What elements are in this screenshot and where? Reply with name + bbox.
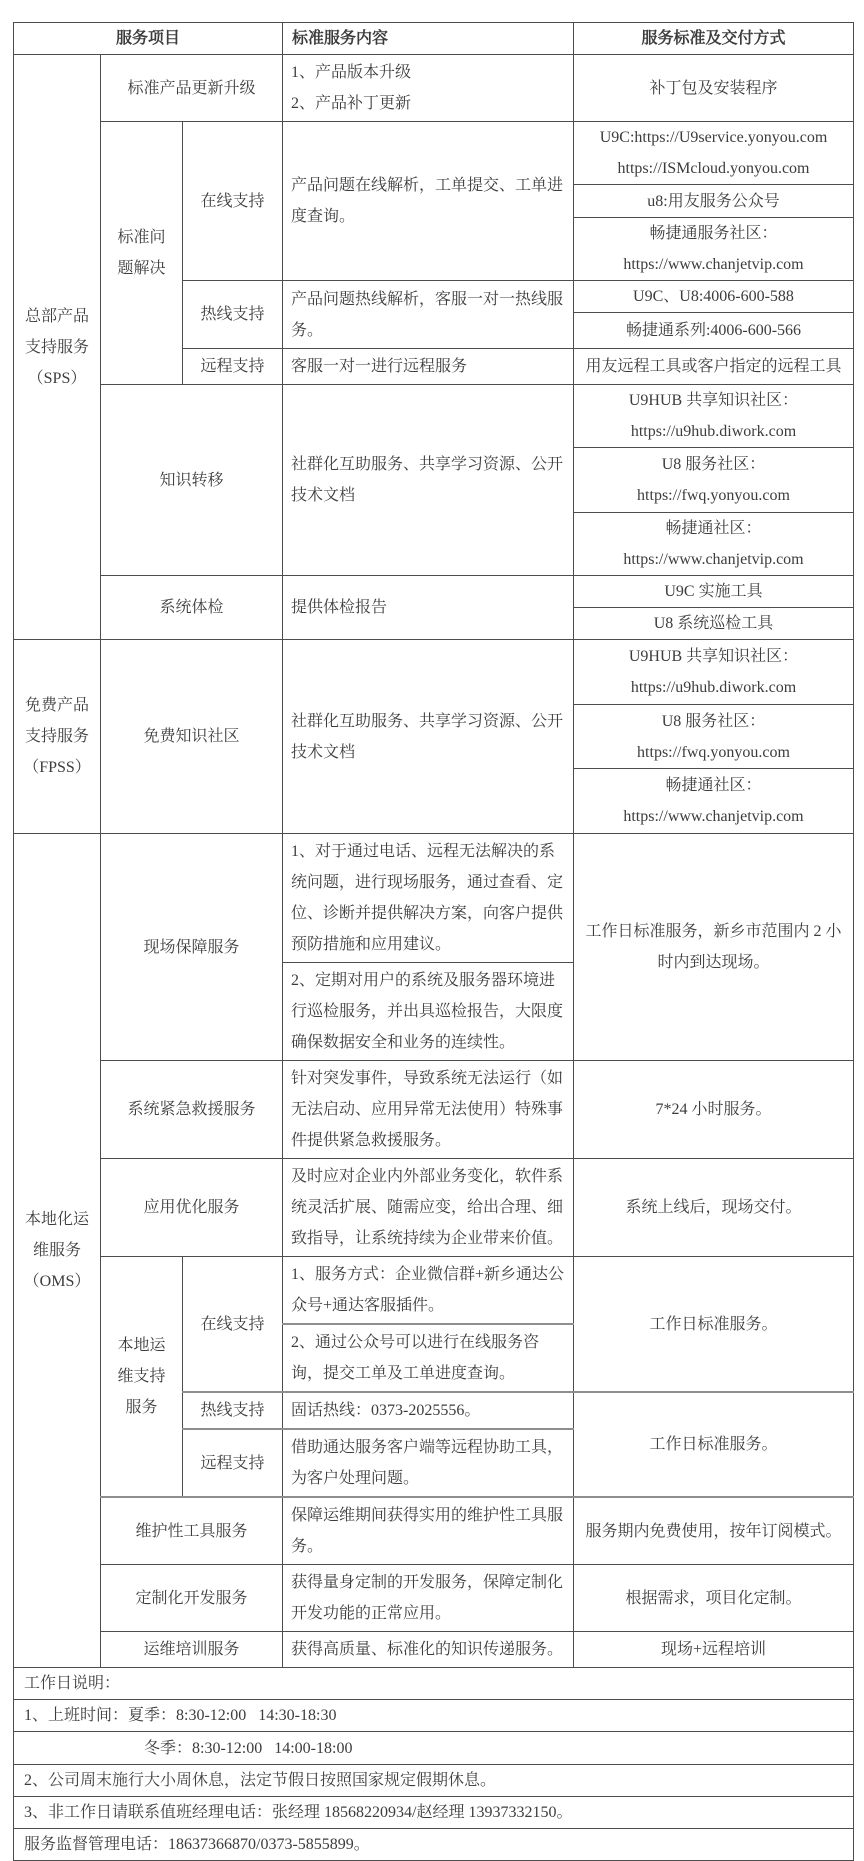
sps-issue-label: 标准问 题解决: [101, 122, 183, 385]
row-note-1: 1、上班时间：夏季：8:30-12:00 14:30-18:30: [14, 1700, 854, 1732]
oms-custom-standard: 根据需求，项目化定制。: [574, 1565, 854, 1632]
sps-hotline-standard-2: 畅捷通系列:4006-600-566: [574, 313, 854, 349]
oms-remote-label: 远程支持: [183, 1429, 283, 1497]
oms-optimization-standard: 系统上线后，现场交付。: [574, 1159, 854, 1257]
row-sps-online-1: 标准问 题解决 在线支持 产品问题在线解析，工单提交、工单进度查询。 U9C:h…: [14, 122, 854, 185]
oms-emergency-content: 针对突发事件，导致系统无法运行（如无法启动、应用异常无法使用）特殊事件提供紧急救…: [283, 1061, 574, 1159]
oms-training-content: 获得高质量、标准化的知识传递服务。: [283, 1632, 574, 1668]
oms-custom-label: 定制化开发服务: [101, 1565, 283, 1632]
sps-remote-content: 客服一对一进行远程服务: [283, 349, 574, 385]
row-fpss-1: 免费产品 支持服务 （FPSS） 免费知识社区 社群化互助服务、共享学习资源、公…: [14, 640, 854, 705]
sps-knowledge-standard-2: U8 服务社区： https://fwq.yonyou.com: [574, 448, 854, 513]
sps-category-cell: 总部产品 支持服务 （SPS）: [14, 55, 101, 640]
oms-optimization-content: 及时应对企业内外部业务变化，软件系统灵活扩展、随需应变，给出合理、细致指导，让系…: [283, 1159, 574, 1257]
row-sps-checkup-1: 系统体检 提供体检报告 U9C 实施工具: [14, 576, 854, 608]
row-oms-custom: 定制化开发服务 获得量身定制的开发服务，保障定制化开发功能的正常应用。 根据需求…: [14, 1565, 854, 1632]
row-oms-tools: 维护性工具服务 保障运维期间获得实用的维护性工具服务。 服务期内免费使用，按年订…: [14, 1497, 854, 1565]
oms-tools-standard: 服务期内免费使用，按年订阅模式。: [574, 1497, 854, 1565]
oms-training-standard: 现场+远程培训: [574, 1632, 854, 1668]
sps-online-standard-3: 畅捷通服务社区： https://www.chanjetvip.com: [574, 218, 854, 281]
oms-onsite-content-1: 1、对于通过电话、远程无法解决的系统问题，进行现场服务，通过查看、定位、诊断并提…: [283, 834, 574, 963]
sps-online-label: 在线支持: [183, 122, 283, 281]
row-oms-online-1: 本地运 维支持 服务 在线支持 1、服务方式：企业微信群+新乡通达公众号+通达客…: [14, 1257, 854, 1325]
oms-online-content-2: 2、通过公众号可以进行在线服务咨询，提交工单及工单进度查询。: [283, 1324, 574, 1392]
sps-hotline-label: 热线支持: [183, 281, 283, 349]
row-oms-onsite-1: 本地化运 维服务 （OMS） 现场保障服务 1、对于通过电话、远程无法解决的系统…: [14, 834, 854, 963]
row-note-3: 2、公司周末施行大小周休息，法定节假日按照国家规定假期休息。: [14, 1765, 854, 1797]
service-agreement-document: 服务项目 标准服务内容 服务标准及交付方式 总部产品 支持服务 （SPS） 标准…: [13, 22, 854, 1811]
sps-remote-label: 远程支持: [183, 349, 283, 385]
oms-hotline-remote-standard: 工作日标准服务。: [574, 1392, 854, 1497]
row-oms-training: 运维培训服务 获得高质量、标准化的知识传递服务。 现场+远程培训: [14, 1632, 854, 1668]
oms-local-support-label: 本地运 维支持 服务: [101, 1257, 183, 1498]
table-header-row: 服务项目 标准服务内容 服务标准及交付方式: [14, 23, 854, 55]
oms-emergency-label: 系统紧急救援服务: [101, 1061, 283, 1159]
row-sps-knowledge-1: 知识转移 社群化互助服务、共享学习资源、公开技术文档 U9HUB 共享知识社区：…: [14, 385, 854, 448]
fpss-category-cell: 免费产品 支持服务 （FPSS）: [14, 640, 101, 834]
sps-knowledge-label: 知识转移: [101, 385, 283, 576]
sps-checkup-content: 提供体检报告: [283, 576, 574, 640]
sps-online-standard-1: U9C:https://U9service.yonyou.com https:/…: [574, 122, 854, 185]
oms-category-cell: 本地化运 维服务 （OMS）: [14, 834, 101, 1668]
oms-hotline-label: 热线支持: [183, 1392, 283, 1429]
sps-knowledge-content: 社群化互助服务、共享学习资源、公开技术文档: [283, 385, 574, 576]
sps-remote-standard: 用友远程工具或客户指定的远程工具: [574, 349, 854, 385]
oms-custom-content: 获得量身定制的开发服务，保障定制化开发功能的正常应用。: [283, 1565, 574, 1632]
sps-checkup-standard-2: U8 系统巡检工具: [574, 608, 854, 640]
sps-knowledge-standard-1: U9HUB 共享知识社区： https://u9hub.diwork.com: [574, 385, 854, 448]
oms-online-standard: 工作日标准服务。: [574, 1257, 854, 1393]
oms-training-label: 运维培训服务: [101, 1632, 283, 1668]
header-standard-delivery: 服务标准及交付方式: [574, 23, 854, 55]
fpss-community-standard-1: U9HUB 共享知识社区： https://u9hub.diwork.com: [574, 640, 854, 705]
header-standard-content: 标准服务内容: [283, 23, 574, 55]
fpss-community-standard-3: 畅捷通社区： https://www.chanjetvip.com: [574, 769, 854, 834]
sps-update-content: 1、产品版本升级 2、产品补丁更新: [283, 55, 574, 122]
header-service-item: 服务项目: [14, 23, 283, 55]
note-workday-title: 工作日说明：: [14, 1668, 854, 1700]
service-table: 服务项目 标准服务内容 服务标准及交付方式 总部产品 支持服务 （SPS） 标准…: [13, 22, 854, 1811]
oms-onsite-label: 现场保障服务: [101, 834, 283, 1061]
oms-emergency-standard: 7*24 小时服务。: [574, 1061, 854, 1159]
row-oms-emergency: 系统紧急救援服务 针对突发事件，导致系统无法运行（如无法启动、应用异常无法使用）…: [14, 1061, 854, 1159]
row-oms-optimization: 应用优化服务 及时应对企业内外部业务变化，软件系统灵活扩展、随需应变，给出合理、…: [14, 1159, 854, 1257]
note-work-hours-winter: 冬季：8:30-12:00 14:00-18:00: [14, 1732, 854, 1765]
oms-remote-content: 借助通达服务客户端等远程协助工具，为客户处理问题。: [283, 1429, 574, 1497]
note-work-hours-summer: 1、上班时间：夏季：8:30-12:00 14:30-18:30: [14, 1700, 854, 1732]
oms-onsite-standard: 工作日标准服务，新乡市范围内 2 小时内到达现场。: [574, 834, 854, 1061]
note-duty-manager-phones: 3、非工作日请联系值班经理电话：张经理 18568220934/赵经理 1393…: [14, 1797, 854, 1812]
fpss-community-content: 社群化互助服务、共享学习资源、公开技术文档: [283, 640, 574, 834]
sps-update-standard: 补丁包及安装程序: [574, 55, 854, 122]
sps-knowledge-standard-3: 畅捷通社区： https://www.chanjetvip.com: [574, 513, 854, 576]
row-note-4: 3、非工作日请联系值班经理电话：张经理 18568220934/赵经理 1393…: [14, 1797, 854, 1812]
sps-hotline-standard-1: U9C、U8:4006-600-588: [574, 281, 854, 313]
sps-update-label: 标准产品更新升级: [101, 55, 283, 122]
sps-hotline-content: 产品问题热线解析，客服一对一热线服务。: [283, 281, 574, 349]
oms-optimization-label: 应用优化服务: [101, 1159, 283, 1257]
sps-online-standard-2: u8:用友服务公众号: [574, 185, 854, 218]
oms-online-label: 在线支持: [183, 1257, 283, 1393]
row-sps-update: 总部产品 支持服务 （SPS） 标准产品更新升级 1、产品版本升级 2、产品补丁…: [14, 55, 854, 122]
row-note-title: 工作日说明：: [14, 1668, 854, 1700]
sps-checkup-label: 系统体检: [101, 576, 283, 640]
oms-hotline-content: 固话热线：0373-2025556。: [283, 1392, 574, 1429]
fpss-community-label: 免费知识社区: [101, 640, 283, 834]
row-note-2: 冬季：8:30-12:00 14:00-18:00: [14, 1732, 854, 1765]
oms-tools-label: 维护性工具服务: [101, 1497, 283, 1565]
fpss-community-standard-2: U8 服务社区： https://fwq.yonyou.com: [574, 705, 854, 769]
note-weekend-policy: 2、公司周末施行大小周休息，法定节假日按照国家规定假期休息。: [14, 1765, 854, 1797]
sps-checkup-standard-1: U9C 实施工具: [574, 576, 854, 608]
oms-tools-content: 保障运维期间获得实用的维护性工具服务。: [283, 1497, 574, 1565]
oms-online-content-1: 1、服务方式：企业微信群+新乡通达公众号+通达客服插件。: [283, 1257, 574, 1325]
oms-onsite-content-2: 2、定期对用户的系统及服务器环境进行巡检服务，并出具巡检报告，大限度确保数据安全…: [283, 963, 574, 1061]
sps-online-content: 产品问题在线解析，工单提交、工单进度查询。: [283, 122, 574, 281]
